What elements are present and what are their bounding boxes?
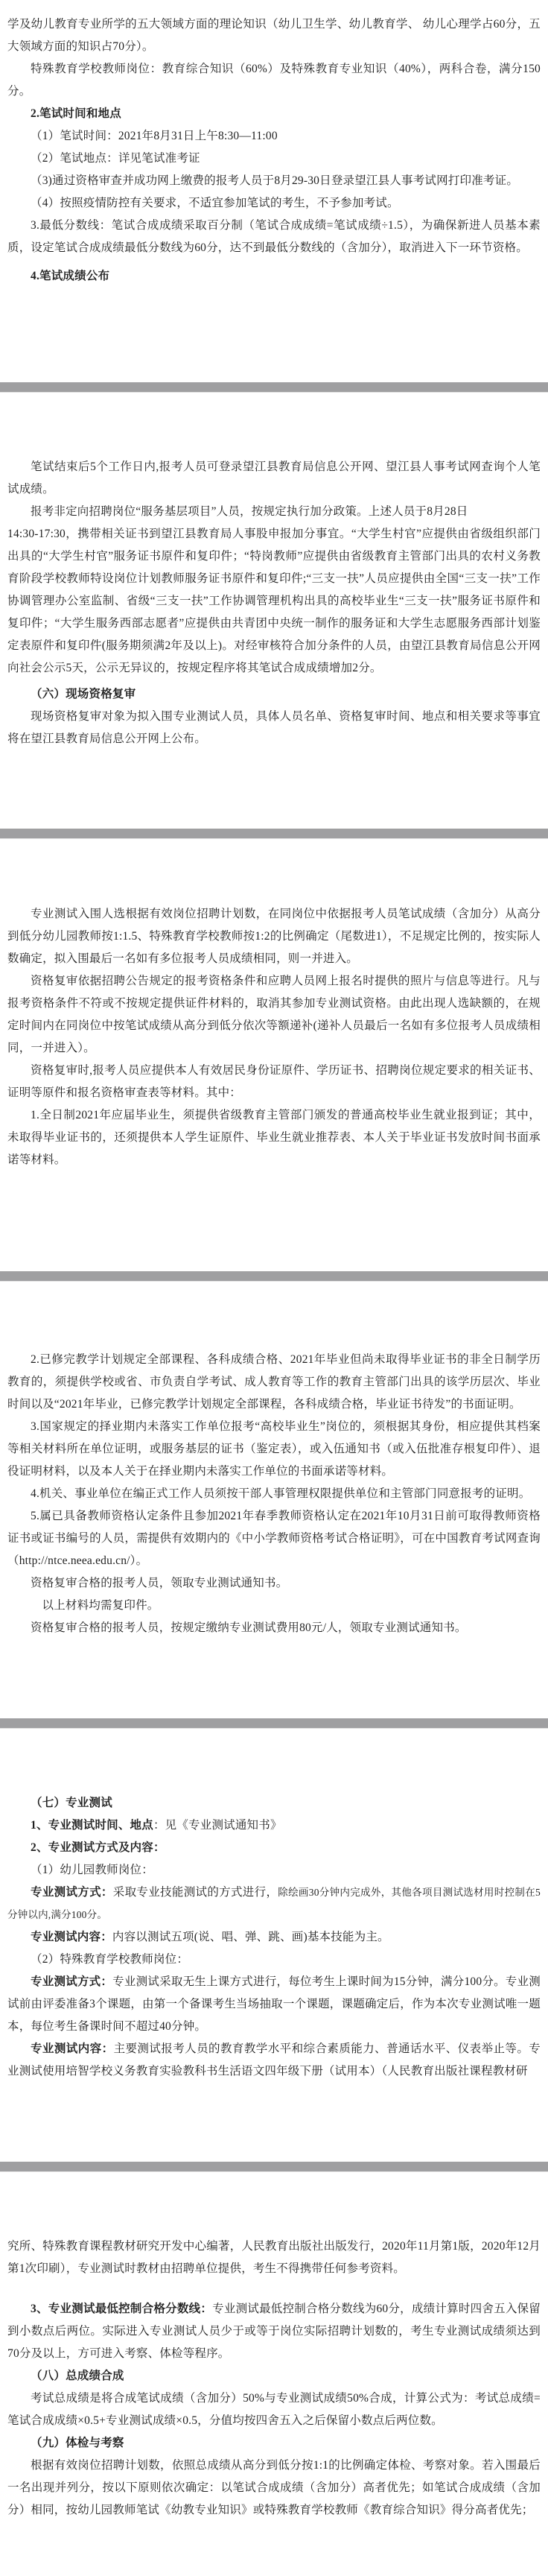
text-run: 专业测试内容： xyxy=(31,2042,114,2055)
paragraph: （1）幼儿园教师岗位： xyxy=(7,1859,541,1882)
paragraph: 3、专业测试最低控制合格分数线：专业测试最低控制合格分数线为60分，成绩计算时四… xyxy=(7,2298,541,2365)
page-separator xyxy=(0,382,548,392)
text-run: （九）体检与考察 xyxy=(31,2437,124,2449)
paragraph: 资格复审依据招聘公告规定的报考资格条件和应聘人员网上报名时提供的照片与信息等进行… xyxy=(7,970,541,1060)
heading: （八）总成绩合成 xyxy=(7,2365,541,2387)
page-separator xyxy=(0,1271,548,1281)
text-run: 3、专业测试最低控制合格分数线： xyxy=(31,2303,212,2315)
document: 学及幼儿教育专业所学的五大领域方面的理论知识（幼儿卫生学、幼儿教育学、 幼儿心理… xyxy=(0,0,548,2576)
page-separator xyxy=(0,829,548,838)
text-run: 专业测试方式： xyxy=(31,1975,112,1988)
paragraph: 专业测试入围人选根据有效岗位招聘计划数，在同岗位中依据报考人员笔试成绩（含加分）… xyxy=(7,903,541,970)
text-run: 5.属已具备教师资格认定条件且参加2021年春季教师资格认定在2021年10月3… xyxy=(7,1510,541,1567)
text-run: 2.笔试时间和地点 xyxy=(31,107,121,120)
text-run: 专业测试内容： xyxy=(31,1931,112,1943)
paragraph: 考试总成绩是将合成笔试成绩（含加分）50%与专业测试成绩50%合成，计算公式为：… xyxy=(7,2387,541,2432)
text-run: ：见《专业测试通知书》 xyxy=(153,1819,282,1832)
text-run: 采取专业技能测试的方式进行， xyxy=(113,1886,278,1899)
text-run: 专业测试入围人选根据有效岗位招聘计划数，在同岗位中依据报考人员笔试成绩（含加分）… xyxy=(7,908,541,965)
paragraph: 2.已修完教学计划规定全部课程、各科成绩合格、2021年毕业但尚未取得毕业证书的… xyxy=(7,1349,541,1416)
heading: 2、专业测试方式及内容： xyxy=(7,1837,541,1859)
page-separator xyxy=(0,2162,548,2171)
paragraph: 专业测试内容：内容以测试五项(说、唱、弹、跳、画)基本技能为主。 xyxy=(7,1926,541,1949)
text-run: 学及幼儿教育专业所学的五大领域方面的理论知识（幼儿卫生学、幼儿教育学、 幼儿心理… xyxy=(7,18,541,53)
heading: 4.笔试成绩公布 xyxy=(7,265,541,288)
text-run: 内容以测试五项(说、唱、弹、跳、画)基本技能为主。 xyxy=(112,1931,389,1943)
paragraph: 4.机关、事业单位在编正式工作人员须按干部人事管理权限提供单位和主管部门同意报考… xyxy=(7,1483,541,1505)
page-2: 笔试结束后5个工作日内,报考人员可登录望江县教育局信息公开网、望江县人事考试网查… xyxy=(7,456,541,750)
paragraph: 专业测试内容：主要测试报考人员的教育教学水平和综合素质能力、普通话水平、仪表举止… xyxy=(7,2038,541,2083)
paragraph: 特殊教育学校教师岗位：教育综合知识（60%）及特殊教育专业知识（40%），两科合… xyxy=(7,58,541,103)
text-run: 报考非定向招聘岗位“服务基层项目”人员，按规定执行加分政策。上述人员于8月28日 xyxy=(31,505,468,518)
paragraph: 笔试结束后5个工作日内,报考人员可登录望江县教育局信息公开网、望江县人事考试网查… xyxy=(7,456,541,501)
text-run: （1）笔试时间：2021年8月31日上午8:30—11:00 xyxy=(31,130,278,142)
text-run: （六）现场资格复审 xyxy=(31,688,136,700)
paragraph: 资格复审合格的报考人员，按规定缴纳专业测试费用80元/人，领取专业测试通知书。 xyxy=(7,1617,541,1639)
text-run: （2）笔试地点：详见笔试准考证 xyxy=(31,152,200,165)
paragraph: （4）按照疫情防控有关要求，不适宜参加笔试的考生，不予参加考试。 xyxy=(7,192,541,215)
text-run: 3.最低分数线：笔试合成成绩采取百分制（笔试合成成绩=笔试成绩÷1.5），为确保… xyxy=(7,219,541,254)
text-run: 根据有效岗位招聘计划数，依照总成绩从高分到低分按1:1的比例确定体检、考察对象。… xyxy=(7,2459,541,2516)
paragraph: 3.最低分数线：笔试合成成绩采取百分制（笔试合成成绩=笔试成绩÷1.5），为确保… xyxy=(7,215,541,259)
heading: （七）专业测试 xyxy=(7,1792,541,1814)
text-run: （4）按照疫情防控有关要求，不适宜参加笔试的考生，不予参加考试。 xyxy=(31,197,399,209)
text-run: 4.笔试成绩公布 xyxy=(31,270,109,282)
text-run: 资格复审合格的报考人员，领取专业测试通知书。 xyxy=(31,1577,287,1589)
text-run: 3.国家规定的择业期内未落实工作单位报考“高校毕业生”岗位的，须根据其身份，相应… xyxy=(7,1420,541,1478)
paragraph: 报考非定向招聘岗位“服务基层项目”人员，按规定执行加分政策。上述人员于8月28日… xyxy=(7,501,541,680)
page-4: 2.已修完教学计划规定全部课程、各科成绩合格、2021年毕业但尚未取得毕业证书的… xyxy=(7,1349,541,1639)
paragraph: （2）特殊教育学校教师岗位： xyxy=(7,1949,541,1971)
text-run: 1.全日制2021年应届毕业生，须提供省级教育主管部门颁发的普通高校毕业生就业报… xyxy=(7,1109,541,1166)
text-run: （3)通过资格审查并成功网上缴费的报考人员于8月29-30日登录望江县人事考试网… xyxy=(31,174,518,187)
text-run: 资格复审合格的报考人员，按规定缴纳专业测试费用80元/人，领取专业测试通知书。 xyxy=(31,1621,467,1634)
text-run: 究所、特殊教育课程教材研究开发中心编著，人民教育出版社出版发行，2020年11月… xyxy=(7,2240,541,2275)
paragraph: 现场资格复审对象为拟入围专业测试人员，具体人员名单、资格复审时间、地点和相关要求… xyxy=(7,706,541,750)
paragraph: 5.属已具备教师资格认定条件且参加2021年春季教师资格认定在2021年10月3… xyxy=(7,1505,541,1572)
page-separator xyxy=(0,1718,548,1728)
paragraph: 1.全日制2021年应届毕业生，须提供省级教育主管部门颁发的普通高校毕业生就业报… xyxy=(7,1104,541,1171)
paragraph: 资格复审时,报考人员应提供本人有效居民身份证原件、学历证书、招聘岗位规定要求的相… xyxy=(7,1060,541,1104)
paragraph: 学及幼儿教育专业所学的五大领域方面的理论知识（幼儿卫生学、幼儿教育学、 幼儿心理… xyxy=(7,13,541,58)
text-run: 资格复审时,报考人员应提供本人有效居民身份证原件、学历证书、招聘岗位规定要求的相… xyxy=(7,1064,541,1099)
text-run: （八）总成绩合成 xyxy=(31,2370,124,2382)
text-run: 2.已修完教学计划规定全部课程、各科成绩合格、2021年毕业但尚未取得毕业证书的… xyxy=(7,1353,541,1411)
text-run: 1、专业测试时间、地点 xyxy=(31,1819,153,1832)
text-run: 以上材料均需复印件。 xyxy=(42,1599,159,1612)
paragraph: 专业测试方式：采取专业技能测试的方式进行，除绘画30分钟内完成外，其他各项目测试… xyxy=(7,1882,541,1926)
text-run: （2）特殊教育学校教师岗位： xyxy=(31,1953,188,1966)
paragraph: 专业测试方式：专业测试采取无生上课方式进行，每位考生上课时间为15分钟，满分10… xyxy=(7,1971,541,2038)
paragraph: 1、专业测试时间、地点：见《专业测试通知书》 xyxy=(7,1814,541,1837)
text-run: 现场资格复审对象为拟入围专业测试人员，具体人员名单、资格复审时间、地点和相关要求… xyxy=(7,710,541,745)
paragraph: 以上材料均需复印件。 xyxy=(7,1595,541,1617)
heading: （九）体检与考察 xyxy=(7,2432,541,2455)
paragraph: （1）笔试时间：2021年8月31日上午8:30—11:00 xyxy=(7,125,541,148)
paragraph: 资格复审合格的报考人员，领取专业测试通知书。 xyxy=(7,1572,541,1595)
heading: 2.笔试时间和地点 xyxy=(7,103,541,125)
text-run: 14:30-17:30，携带相关证书到望江县教育局人事股申报加分事宜。“大学生村… xyxy=(7,528,541,674)
heading: （六）现场资格复审 xyxy=(7,683,541,706)
text-run: 4.机关、事业单位在编正式工作人员须按干部人事管理权限提供单位和主管部门同意报考… xyxy=(31,1487,530,1500)
page-6: 究所、特殊教育课程教材研究开发中心编著，人民教育出版社出版发行，2020年11月… xyxy=(7,2235,541,2522)
text-run: （1）幼儿园教师岗位： xyxy=(31,1864,153,1876)
text-run: 特殊教育学校教师岗位：教育综合知识（60%）及特殊教育专业知识（40%），两科合… xyxy=(7,63,541,98)
paragraph: （3)通过资格审查并成功网上缴费的报考人员于8月29-30日登录望江县人事考试网… xyxy=(7,170,541,192)
text-run: 笔试结束后5个工作日内,报考人员可登录望江县教育局信息公开网、望江县人事考试网查… xyxy=(7,461,541,496)
text-run: 2、专业测试方式及内容： xyxy=(31,1841,165,1854)
text-run: 专业测试方式： xyxy=(31,1886,113,1899)
text-run: （七）专业测试 xyxy=(31,1797,112,1809)
paragraph: 3.国家规定的择业期内未落实工作单位报考“高校毕业生”岗位的，须根据其身份，相应… xyxy=(7,1416,541,1483)
text-run: 考试总成绩是将合成笔试成绩（含加分）50%与专业测试成绩50%合成，计算公式为：… xyxy=(7,2392,541,2427)
page-3: 专业测试入围人选根据有效岗位招聘计划数，在同岗位中依据报考人员笔试成绩（含加分）… xyxy=(7,903,541,1171)
text-run: 资格复审依据招聘公告规定的报考资格条件和应聘人员网上报名时提供的照片与信息等进行… xyxy=(7,975,541,1054)
paragraph: 究所、特殊教育课程教材研究开发中心编著，人民教育出版社出版发行，2020年11月… xyxy=(7,2235,541,2280)
paragraph: （2）笔试地点：详见笔试准考证 xyxy=(7,148,541,170)
page-5: （七）专业测试1、专业测试时间、地点：见《专业测试通知书》2、专业测试方式及内容… xyxy=(7,1792,541,2083)
page-1: 学及幼儿教育专业所学的五大领域方面的理论知识（幼儿卫生学、幼儿教育学、 幼儿心理… xyxy=(7,13,541,288)
paragraph: 根据有效岗位招聘计划数，依照总成绩从高分到低分按1:1的比例确定体检、考察对象。… xyxy=(7,2455,541,2522)
